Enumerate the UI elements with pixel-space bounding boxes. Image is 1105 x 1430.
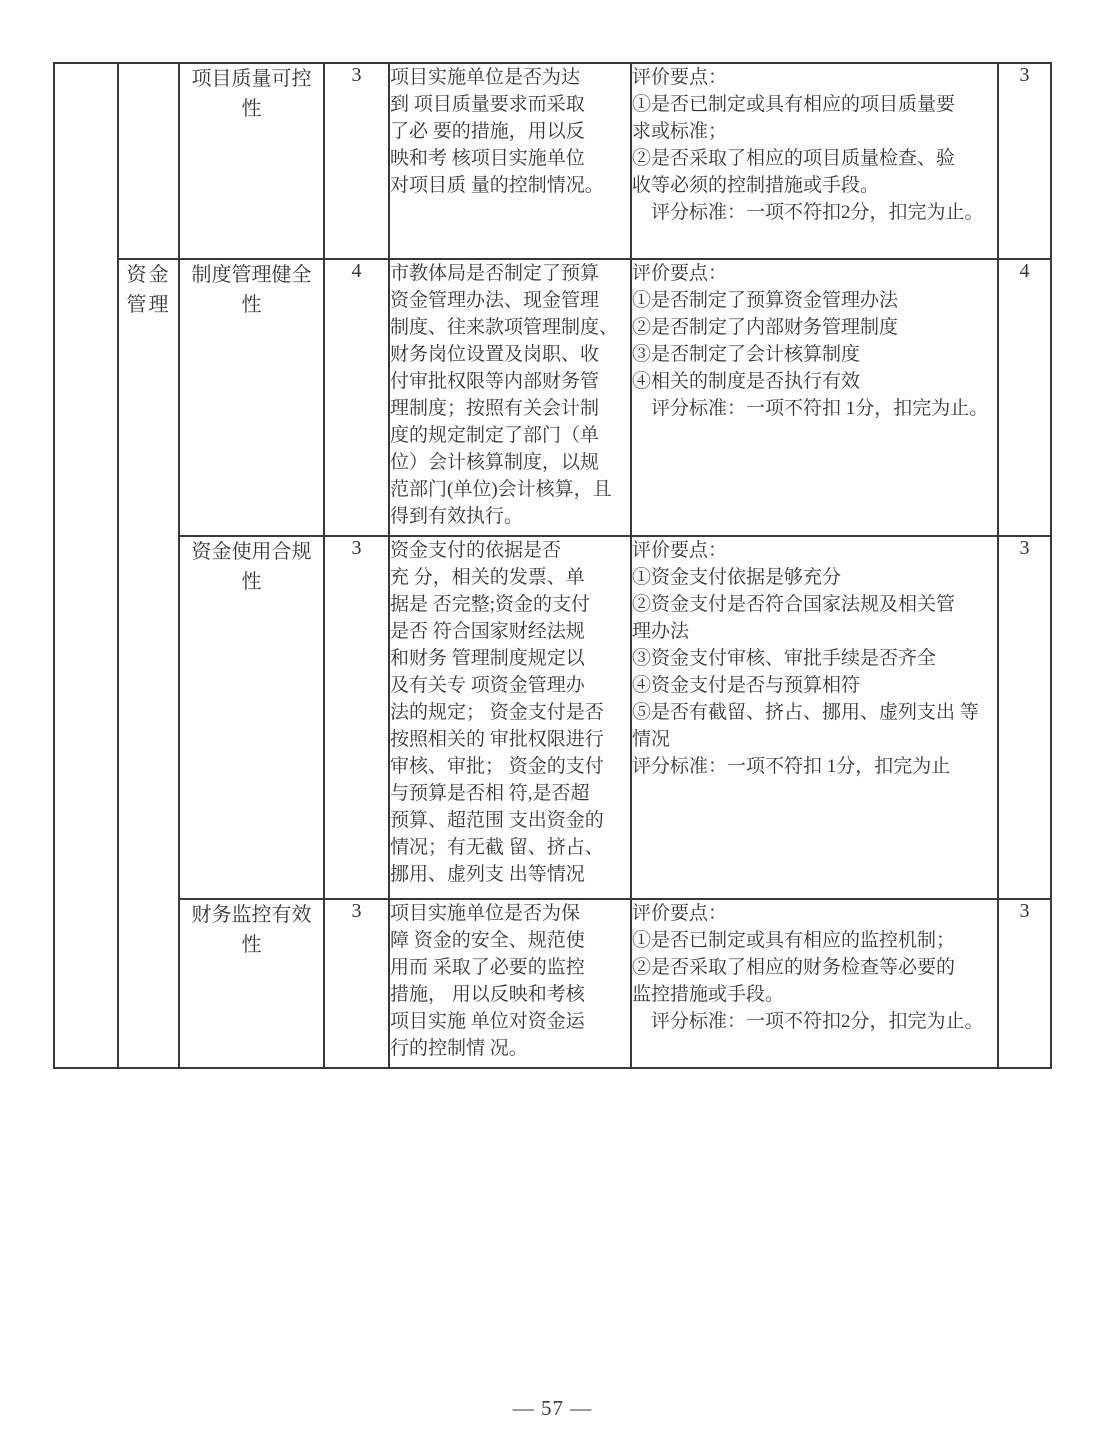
indicator-weight-cell: 3 xyxy=(324,536,389,899)
table-row: 项目质量可控 性 3 项目实施单位是否为达 到 项目质量要求而采取 了必 要的措… xyxy=(54,63,1051,259)
indicator-name-cell: 项目质量可控 性 xyxy=(179,63,324,259)
score-cell: 3 xyxy=(998,63,1051,259)
evaluation-criteria-cell: 评价要点： ①是否制定了预算资金管理办法 ②是否制定了内部财务管理制度 ③是否制… xyxy=(631,259,998,536)
indicator-name-cell: 制度管理健全 性 xyxy=(179,259,324,536)
table-row: 资金使用合规 性 3 资金支付的依据是否 充 分，相关的发票、单 据是 否完整;… xyxy=(54,536,1051,899)
evaluation-criteria-cell: 评价要点： ①是否已制定或具有相应的项目质量要 求或标准； ②是否采取了相应的项… xyxy=(631,63,998,259)
indicator-name-cell: 资金使用合规 性 xyxy=(179,536,324,899)
indicator-description-cell: 项目实施单位是否为保 障 资金的安全、规范使 用而 采取了必要的监控 措施， 用… xyxy=(389,899,631,1068)
indicator-name-cell: 财务监控有效 性 xyxy=(179,899,324,1068)
category-cell-funds-management: 资金 管理 xyxy=(118,259,179,1068)
table-row: 资金 管理 制度管理健全 性 4 市教体局是否制定了预算 资金管理办法、现金管理… xyxy=(54,259,1051,536)
indicator-description-cell: 市教体局是否制定了预算 资金管理办法、现金管理 制度、往来款项管理制度、 财务岗… xyxy=(389,259,631,536)
evaluation-criteria-cell: 评价要点： ①资金支付依据是够充分 ②资金支付是否符合国家法规及相关管 理办法 … xyxy=(631,536,998,899)
score-cell: 3 xyxy=(998,536,1051,899)
page-number: — 57 — xyxy=(0,1396,1105,1421)
evaluation-indicator-table: 项目质量可控 性 3 项目实施单位是否为达 到 项目质量要求而采取 了必 要的措… xyxy=(53,62,1052,1069)
table-row: 财务监控有效 性 3 项目实施单位是否为保 障 资金的安全、规范使 用而 采取了… xyxy=(54,899,1051,1068)
document-page: 项目质量可控 性 3 项目实施单位是否为达 到 项目质量要求而采取 了必 要的措… xyxy=(0,0,1105,1430)
indicator-weight-cell: 3 xyxy=(324,63,389,259)
first-level-category-cell-empty xyxy=(54,63,118,1068)
score-cell: 4 xyxy=(998,259,1051,536)
indicator-weight-cell: 4 xyxy=(324,259,389,536)
second-level-category-cell-empty xyxy=(118,63,179,259)
indicator-weight-cell: 3 xyxy=(324,899,389,1068)
indicator-description-cell: 资金支付的依据是否 充 分，相关的发票、单 据是 否完整;资金的支付 是否 符合… xyxy=(389,536,631,899)
score-cell: 3 xyxy=(998,899,1051,1068)
evaluation-criteria-cell: 评价要点： ①是否已制定或具有相应的监控机制； ②是否采取了相应的财务检查等必要… xyxy=(631,899,998,1068)
indicator-description-cell: 项目实施单位是否为达 到 项目质量要求而采取 了必 要的措施，用以反 映和考 核… xyxy=(389,63,631,259)
